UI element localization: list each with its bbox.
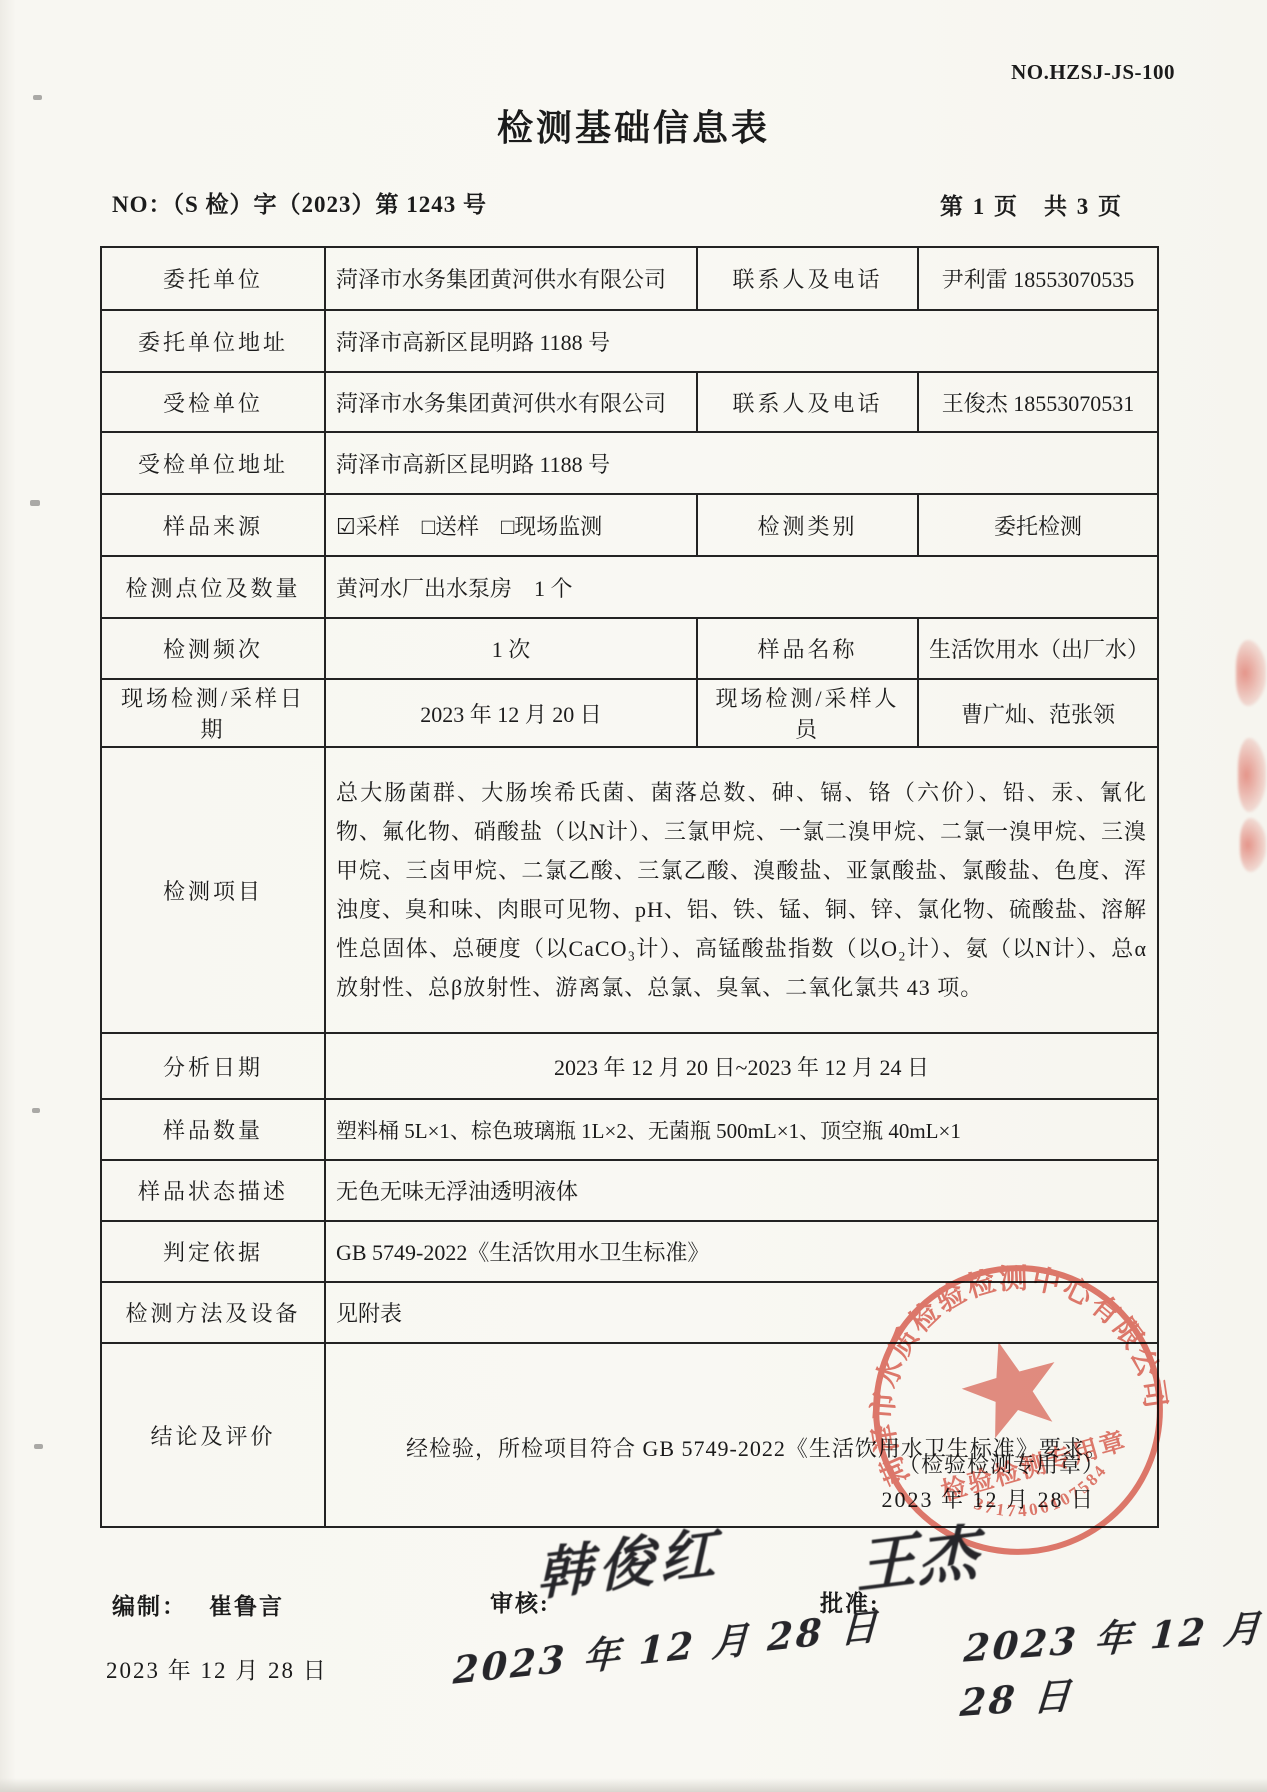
row-inspected-address: 受检单位地址 菏泽市高新区昆明路 1188 号 bbox=[101, 432, 1158, 494]
red-ink-fragment bbox=[1238, 738, 1266, 812]
value-client: 菏泽市水务集团黄河供水有限公司 bbox=[325, 247, 697, 310]
row-inspected: 受检单位 菏泽市水务集团黄河供水有限公司 联系人及电话 王俊杰 18553070… bbox=[101, 372, 1158, 432]
value-field-staff: 曹广灿、范张领 bbox=[918, 679, 1158, 747]
row-judgment-basis: 判定依据 GB 5749-2022《生活饮用水卫生标准》 bbox=[101, 1221, 1158, 1282]
label-method-equipment: 检测方法及设备 bbox=[101, 1282, 325, 1343]
value-sample-quantity: 塑料桶 5L×1、棕色玻璃瓶 1L×2、无菌瓶 500mL×1、顶空瓶 40mL… bbox=[325, 1099, 1158, 1160]
value-field-date: 2023 年 12 月 20 日 bbox=[325, 679, 697, 747]
label-client-address: 委托单位地址 bbox=[101, 310, 325, 372]
value-sample-name: 生活饮用水（出厂水） bbox=[918, 618, 1158, 679]
value-method-equipment: 见附表 bbox=[325, 1282, 1158, 1343]
row-frequency: 检测频次 1 次 样品名称 生活饮用水（出厂水） bbox=[101, 618, 1158, 679]
scan-speck bbox=[33, 95, 42, 100]
value-sample-source-checkboxes: ☑采样 □送样 □现场监测 bbox=[325, 494, 697, 556]
value-test-items: 总大肠菌群、大肠埃希氏菌、菌落总数、砷、镉、铬（六价）、铅、汞、氰化物、氟化物、… bbox=[325, 747, 1158, 1033]
scan-speck bbox=[30, 500, 40, 506]
value-conclusion: 经检验，所检项目符合 GB 5749-2022《生活饮用水卫生标准》要求。 （检… bbox=[325, 1343, 1158, 1527]
label-field-staff: 现场检测/采样人员 bbox=[697, 679, 918, 747]
label-field-date: 现场检测/采样日期 bbox=[101, 679, 325, 747]
label-contact2: 联系人及电话 bbox=[697, 372, 918, 432]
row-method-equipment: 检测方法及设备 见附表 bbox=[101, 1282, 1158, 1343]
row-sample-quantity: 样品数量 塑料桶 5L×1、棕色玻璃瓶 1L×2、无菌瓶 500mL×1、顶空瓶… bbox=[101, 1099, 1158, 1160]
conclusion-date: 2023 年 12 月 28 日 bbox=[881, 1483, 1095, 1514]
label-contact1: 联系人及电话 bbox=[697, 247, 918, 310]
row-client: 委托单位 菏泽市水务集团黄河供水有限公司 联系人及电话 尹利雷 18553070… bbox=[101, 247, 1158, 310]
row-field-date: 现场检测/采样日期 2023 年 12 月 20 日 现场检测/采样人员 曹广灿… bbox=[101, 679, 1158, 747]
page-indicator: 第 1 页 共 3 页 bbox=[940, 188, 1123, 221]
label-test-points: 检测点位及数量 bbox=[101, 556, 325, 618]
prepare-label: 编制： bbox=[112, 1594, 187, 1619]
value-contact2: 王俊杰 18553070531 bbox=[918, 372, 1158, 432]
scan-edge-shadow bbox=[0, 1778, 1267, 1792]
value-judgment-basis: GB 5749-2022《生活饮用水卫生标准》 bbox=[325, 1221, 1158, 1282]
info-table: 委托单位 菏泽市水务集团黄河供水有限公司 联系人及电话 尹利雷 18553070… bbox=[100, 246, 1159, 1528]
prepare-row: 编制：崔鲁言 bbox=[112, 1588, 284, 1621]
row-sample-source: 样品来源 ☑采样 □送样 □现场监测 检测类别 委托检测 bbox=[101, 494, 1158, 556]
scan-speck bbox=[32, 1108, 40, 1113]
value-test-points: 黄河水厂出水泵房 1 个 bbox=[325, 556, 1158, 618]
row-client-address: 委托单位地址 菏泽市高新区昆明路 1188 号 bbox=[101, 310, 1158, 372]
row-test-points: 检测点位及数量 黄河水厂出水泵房 1 个 bbox=[101, 556, 1158, 618]
approve-date-handwritten: 2023 年 12 月 28 日 bbox=[959, 1597, 1267, 1727]
value-frequency: 1 次 bbox=[325, 618, 697, 679]
report-number: NO：（S 检）字（2023）第 1243 号 bbox=[112, 186, 487, 219]
value-contact1: 尹利雷 18553070535 bbox=[918, 247, 1158, 310]
value-inspected-address: 菏泽市高新区昆明路 1188 号 bbox=[325, 432, 1158, 494]
label-inspected: 受检单位 bbox=[101, 372, 325, 432]
value-analysis-date: 2023 年 12 月 20 日~2023 年 12 月 24 日 bbox=[325, 1033, 1158, 1099]
prepare-date: 2023 年 12 月 28 日 bbox=[106, 1652, 328, 1685]
label-sample-state: 样品状态描述 bbox=[101, 1160, 325, 1221]
label-conclusion: 结论及评价 bbox=[101, 1343, 325, 1527]
value-test-category: 委托检测 bbox=[918, 494, 1158, 556]
row-conclusion: 结论及评价 经检验，所检项目符合 GB 5749-2022《生活饮用水卫生标准》… bbox=[101, 1343, 1158, 1527]
test-items-paragraph: 总大肠菌群、大肠埃希氏菌、菌落总数、砷、镉、铬（六价）、铅、汞、氰化物、氟化物、… bbox=[336, 773, 1147, 1007]
row-analysis-date: 分析日期 2023 年 12 月 20 日~2023 年 12 月 24 日 bbox=[101, 1033, 1158, 1099]
red-ink-fragment bbox=[1240, 818, 1266, 872]
value-client-address: 菏泽市高新区昆明路 1188 号 bbox=[325, 310, 1158, 372]
label-analysis-date: 分析日期 bbox=[101, 1033, 325, 1099]
scan-speck bbox=[34, 1444, 43, 1449]
row-test-items: 检测项目 总大肠菌群、大肠埃希氏菌、菌落总数、砷、镉、铬（六价）、铅、汞、氰化物… bbox=[101, 747, 1158, 1033]
label-judgment-basis: 判定依据 bbox=[101, 1221, 325, 1282]
seal-note: （检验检测专用章） bbox=[898, 1448, 1105, 1479]
document-page: NO.HZSJ-JS-100 检测基础信息表 NO：（S 检）字（2023）第 … bbox=[0, 0, 1267, 1792]
label-sample-quantity: 样品数量 bbox=[101, 1099, 325, 1160]
label-test-items: 检测项目 bbox=[101, 747, 325, 1033]
value-inspected: 菏泽市水务集团黄河供水有限公司 bbox=[325, 372, 697, 432]
label-sample-source: 样品来源 bbox=[101, 494, 325, 556]
label-sample-name: 样品名称 bbox=[697, 618, 918, 679]
label-test-category: 检测类别 bbox=[697, 494, 918, 556]
row-sample-state: 样品状态描述 无色无味无浮油透明液体 bbox=[101, 1160, 1158, 1221]
prepare-name: 崔鲁言 bbox=[209, 1594, 284, 1619]
page-title: 检测基础信息表 bbox=[0, 100, 1267, 151]
label-inspected-address: 受检单位地址 bbox=[101, 432, 325, 494]
value-sample-state: 无色无味无浮油透明液体 bbox=[325, 1160, 1158, 1221]
label-client: 委托单位 bbox=[101, 247, 325, 310]
doc-code: NO.HZSJ-JS-100 bbox=[1011, 60, 1175, 85]
approve-signature-handwritten: 王杰 bbox=[856, 1504, 981, 1606]
label-frequency: 检测频次 bbox=[101, 618, 325, 679]
red-ink-fragment bbox=[1236, 640, 1266, 706]
